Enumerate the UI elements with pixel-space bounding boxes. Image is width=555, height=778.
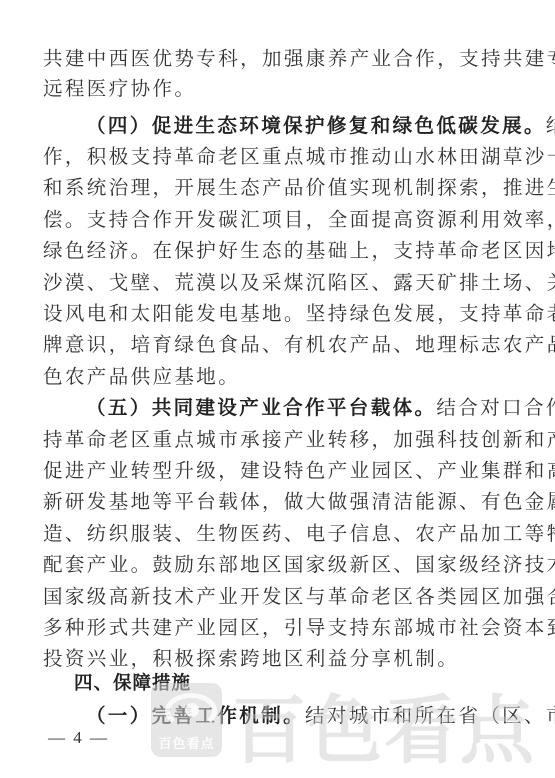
paragraph-line: 设风电和太阳能发电基地。坚持绿色发展，支持革命老区强化品 bbox=[43, 298, 505, 329]
watermark-logo-text: 百色看点 bbox=[151, 733, 222, 752]
paragraph-text: 共建中西医优势专科，加强康养产业合作，支持共建专科联盟和 bbox=[43, 47, 555, 70]
paragraph-line: 偿。支持合作开发碳汇项目，全面提高资源利用效率，大力发展 bbox=[43, 204, 505, 235]
paragraph-line: 绿色经济。在保护好生态的基础上，支持革命老区因地制宜利用 bbox=[43, 235, 505, 266]
paragraph-text: 偿。支持合作开发碳汇项目，全面提高资源利用效率，大力发展 bbox=[43, 208, 555, 231]
page-number: — 4 — bbox=[48, 728, 109, 748]
logo-dot-icon bbox=[185, 703, 199, 717]
paragraph-line: 远程医疗协作。 bbox=[43, 73, 505, 104]
paragraph-text: 持革命老区重点城市承接产业转移，加强科技创新和产业合作， bbox=[43, 428, 555, 451]
watermark-text: 百色看点 bbox=[232, 672, 536, 778]
paragraph-text: 牌意识，培育绿色食品、有机农产品、地理标志农产品，建设绿 bbox=[43, 333, 555, 356]
paragraph-text: 配套产业。鼓励东部地区国家级新区、国家级经济技术开发区、 bbox=[43, 553, 555, 576]
paragraph-line: 沙漠、戈壁、荒漠以及采煤沉陷区、露天矿排土场、关停矿区建 bbox=[43, 267, 505, 298]
paragraph-text: 和系统治理，开展生态产品价值实现机制探索，推进生态保护补 bbox=[43, 176, 555, 199]
paragraph-line: （四）促进生态环境保护修复和绿色低碳发展。结合对口合 bbox=[86, 110, 505, 141]
paragraph-line: 和系统治理，开展生态产品价值实现机制探索，推进生态保护补 bbox=[43, 172, 505, 203]
paragraph-line: 造、纺织服装、生物医药、电子信息、农产品加工等特色产业及 bbox=[43, 518, 505, 549]
paragraph-text: 促进产业转型升级，建设特色产业园区、产业集群和高新区、创 bbox=[43, 459, 555, 482]
watermark-logo: 百色看点 bbox=[151, 683, 222, 757]
paragraph-line: （五）共同建设产业合作平台载体。结合对口合作，积极支 bbox=[86, 392, 505, 423]
paragraph-text: 多种形式共建产业园区，引导支持东部城市社会资本到革命老区 bbox=[43, 616, 555, 639]
paragraph-text: 沙漠、戈壁、荒漠以及采煤沉陷区、露天矿排土场、关停矿区建 bbox=[43, 271, 555, 294]
paragraph-text: 投资兴业，积极探索跨地区利益分享机制。 bbox=[43, 647, 459, 670]
paragraph-text: 绿色经济。在保护好生态的基础上，支持革命老区因地制宜利用 bbox=[43, 239, 555, 262]
paragraph-text: 设风电和太阳能发电基地。坚持绿色发展，支持革命老区强化品 bbox=[43, 302, 555, 325]
paragraph-text: 色农产品供应基地。 bbox=[43, 365, 240, 388]
document-page: 共建中西医优势专科，加强康养产业合作，支持共建专科联盟和远程医疗协作。（四）促进… bbox=[0, 0, 555, 778]
paragraph-line: 新研发基地等平台载体，做大做强清洁能源、有色金属、装备制 bbox=[43, 486, 505, 517]
paragraph-text: 新研发基地等平台载体，做大做强清洁能源、有色金属、装备制 bbox=[43, 490, 555, 513]
paragraph-line: 持革命老区重点城市承接产业转移，加强科技创新和产业合作， bbox=[43, 424, 505, 455]
paragraph-line: 多种形式共建产业园区，引导支持东部城市社会资本到革命老区 bbox=[43, 612, 505, 643]
paragraph-text: 国家级高新技术产业开发区与革命老区各类园区加强合作，通过 bbox=[43, 585, 555, 608]
paragraph-text: 结合对口合作，积极支 bbox=[436, 396, 555, 419]
paragraph-line: 牌意识，培育绿色食品、有机农产品、地理标志农产品，建设绿 bbox=[43, 329, 505, 360]
paragraph-text: 作，积极支持革命老区重点城市推动山水林田湖草沙一体化保护 bbox=[43, 145, 555, 168]
paragraph-line: 作，积极支持革命老区重点城市推动山水林田湖草沙一体化保护 bbox=[43, 141, 505, 172]
paragraph-line: 国家级高新技术产业开发区与革命老区各类园区加强合作，通过 bbox=[43, 581, 505, 612]
paragraph-text: 结合对口合 bbox=[546, 114, 555, 137]
paragraph-line: 配套产业。鼓励东部地区国家级新区、国家级经济技术开发区、 bbox=[43, 549, 505, 580]
paragraph-line: 促进产业转型升级，建设特色产业园区、产业集群和高新区、创 bbox=[43, 455, 505, 486]
paragraph-text: 造、纺织服装、生物医药、电子信息、农产品加工等特色产业及 bbox=[43, 522, 555, 545]
subsection-title: （五）共同建设产业合作平台载体。 bbox=[86, 396, 436, 419]
paragraph-line: 色农产品供应基地。 bbox=[43, 361, 505, 392]
paragraph-line: 共建中西医优势专科，加强康养产业合作，支持共建专科联盟和 bbox=[43, 43, 505, 74]
subsection-title: （四）促进生态环境保护修复和绿色低碳发展。 bbox=[86, 114, 546, 137]
paragraph-text: 远程医疗协作。 bbox=[43, 77, 196, 100]
